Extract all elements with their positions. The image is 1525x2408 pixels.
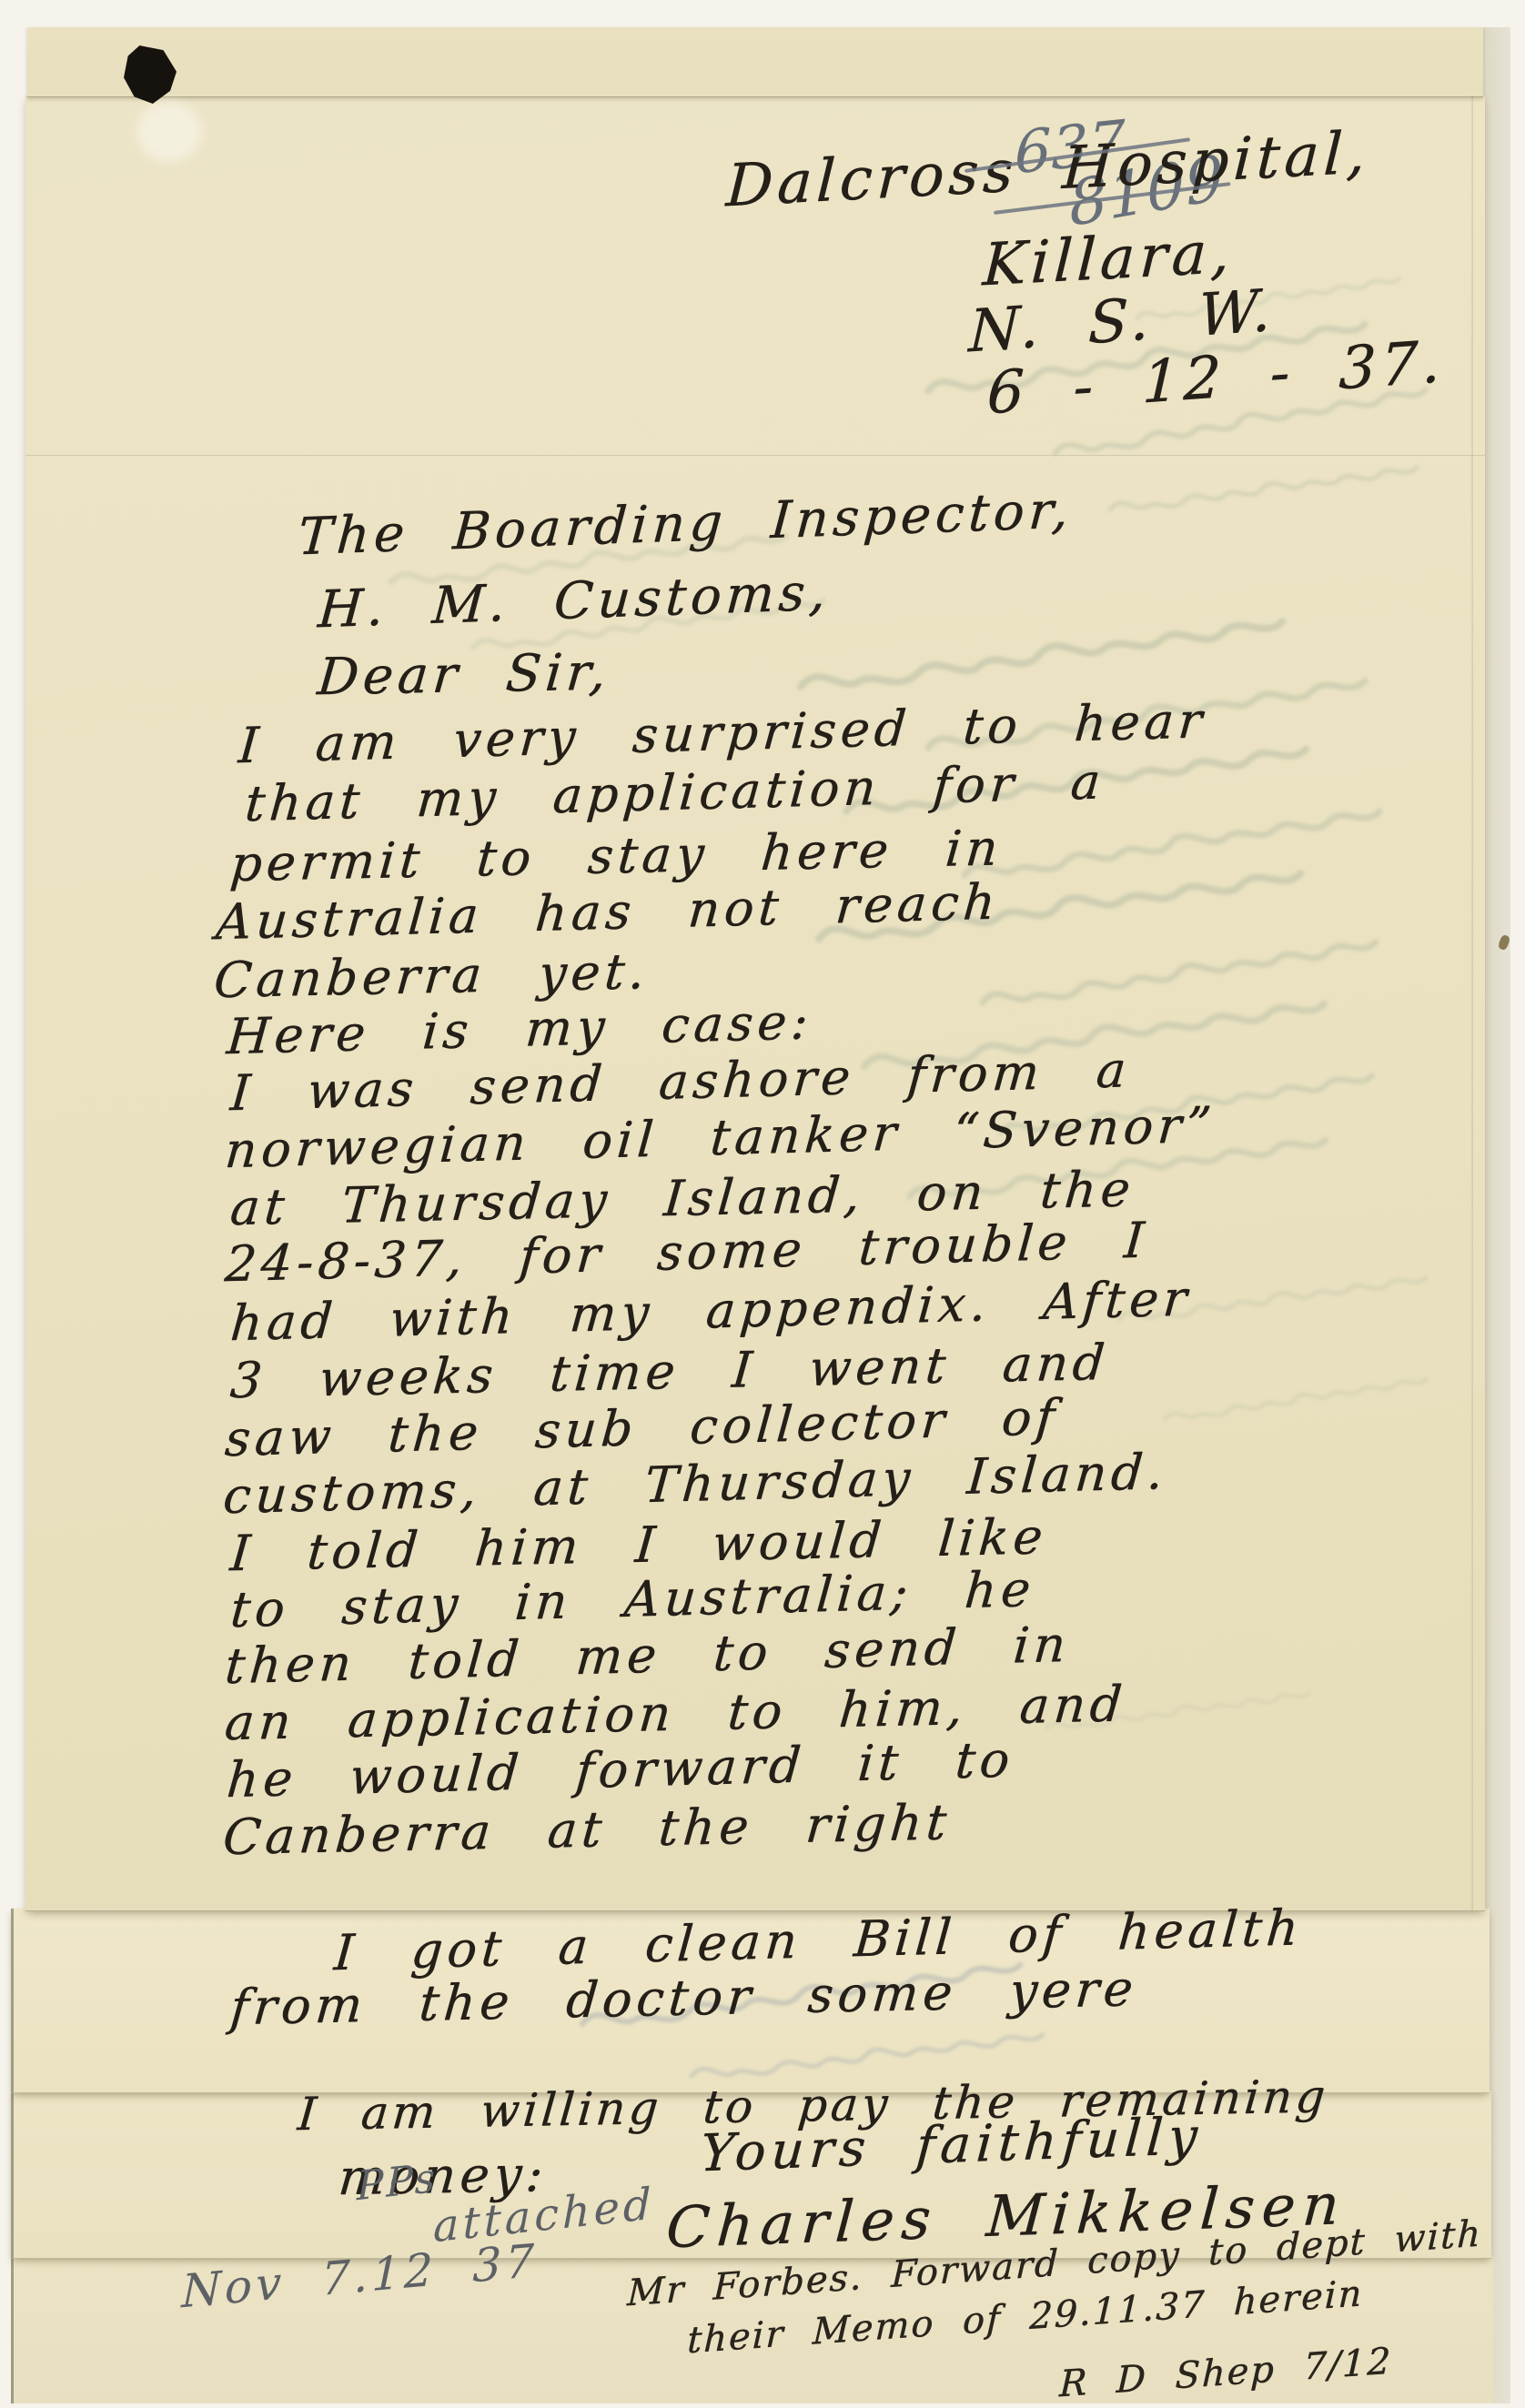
right-fold-shadow bbox=[1470, 96, 1473, 1910]
sheet-top-strip bbox=[27, 27, 1483, 97]
pencil-note-pps: PPs bbox=[357, 2155, 438, 2211]
tape-residue-patch bbox=[136, 102, 202, 162]
paper-crease-line bbox=[25, 455, 1485, 456]
scanned-letter-page: 637 8109 Dalcross Hospital, Killara, N. … bbox=[0, 0, 1525, 2408]
salutation: Dear Sir, bbox=[315, 642, 612, 707]
